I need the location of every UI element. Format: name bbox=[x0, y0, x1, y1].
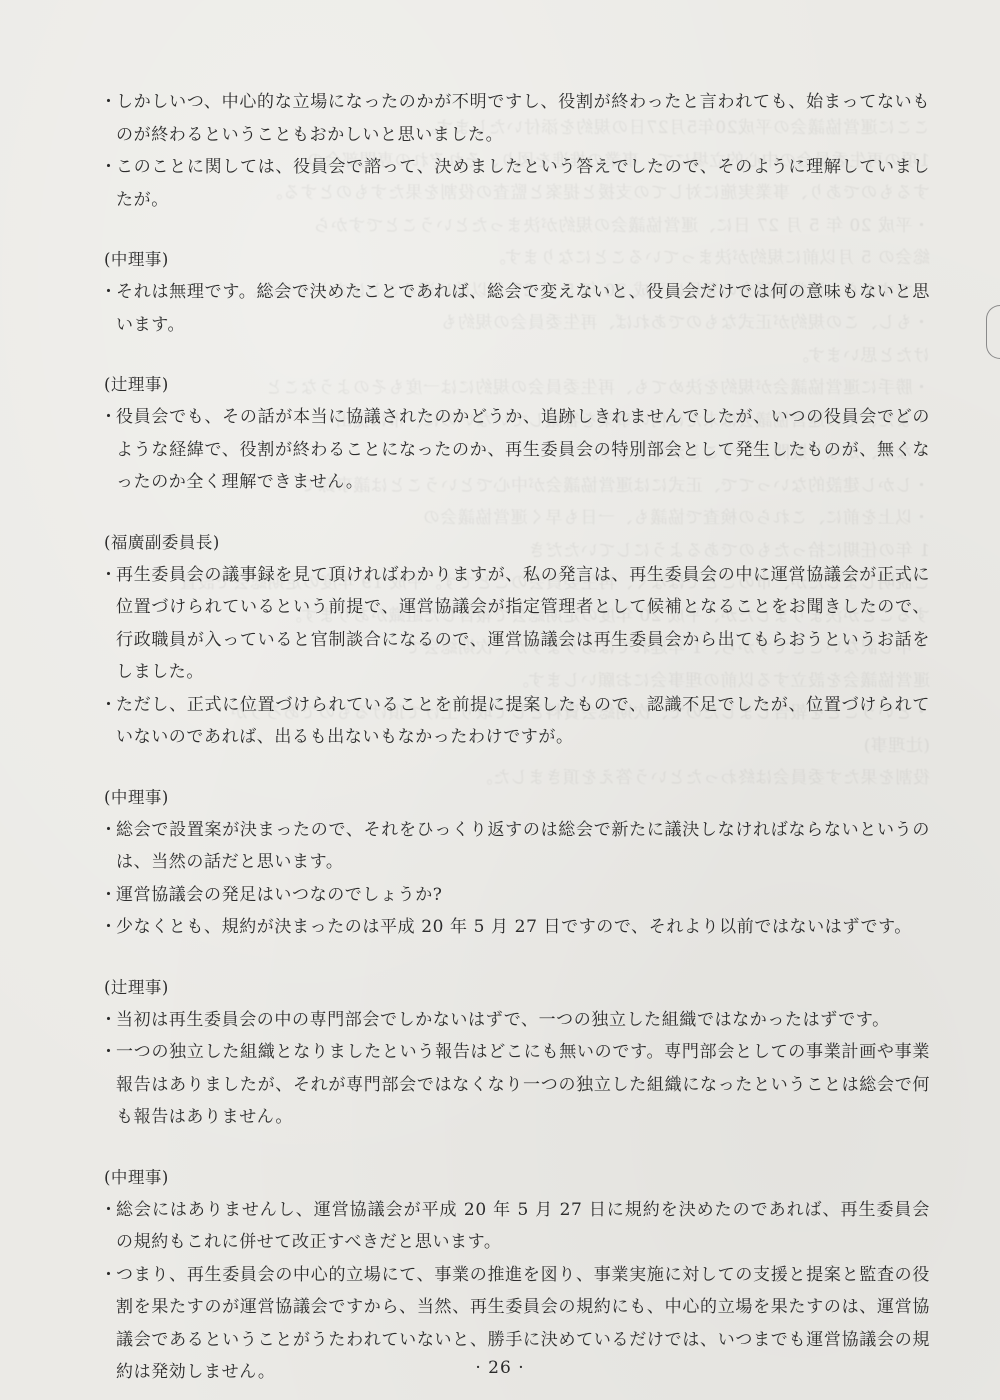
list-item: ・ 総会で設置案が決まったので、それをひっくり返すのは総会で新たに議決しなければ… bbox=[100, 814, 930, 879]
minutes-body: ・ しかしいつ、中心的な立場になったのかが不明ですし、役割が終わったと言われても… bbox=[100, 86, 930, 1389]
statement-text: 少なくとも、規約が決まったのは平成 20 年 5 月 27 日ですので、それより… bbox=[116, 911, 930, 944]
statement-text: 再生委員会の議事録を見て頂ければわかりますが、私の発言は、再生委員会の中に運営協… bbox=[116, 559, 930, 689]
minutes-section: (中理事) ・ 総会にはありませんし、運営協議会が平成 20 年 5 月 27 … bbox=[100, 1162, 930, 1389]
list-item: ・ 一つの独立した組織となりましたという報告はどこにも無いのです。専門部会として… bbox=[100, 1036, 930, 1134]
list-item: ・ ただし、正式に位置づけられていることを前提に提案したもので、認識不足でしたが… bbox=[100, 689, 930, 754]
statement-text: このことに関しては、役員会で諮って、決めましたという答えでしたので、そのように理… bbox=[116, 151, 930, 216]
list-item: ・ 総会にはありませんし、運営協議会が平成 20 年 5 月 27 日に規約を決… bbox=[100, 1194, 930, 1259]
page-number: · 26 · bbox=[0, 1358, 1000, 1378]
statement-text: 総会にはありませんし、運営協議会が平成 20 年 5 月 27 日に規約を決めた… bbox=[116, 1194, 930, 1259]
statement-text: 一つの独立した組織となりましたという報告はどこにも無いのです。専門部会としての事… bbox=[116, 1036, 930, 1134]
minutes-section: ・ しかしいつ、中心的な立場になったのかが不明ですし、役割が終わったと言われても… bbox=[100, 86, 930, 216]
speaker-label: (中理事) bbox=[100, 782, 930, 814]
statement-text: 総会で設置案が決まったので、それをひっくり返すのは総会で新たに議決しなければなら… bbox=[116, 814, 930, 879]
binding-mark bbox=[986, 305, 1000, 359]
statement-text: それは無理です。総会で決めたことであれば、総会で変えないと、役員会だけでは何の意… bbox=[116, 276, 930, 341]
speaker-label: (福廣副委員長) bbox=[100, 527, 930, 559]
minutes-section: (中理事) ・ 総会で設置案が決まったので、それをひっくり返すのは総会で新たに議… bbox=[100, 782, 930, 944]
bullet-marker: ・ bbox=[100, 814, 116, 879]
bullet-marker: ・ bbox=[100, 86, 116, 151]
bullet-marker: ・ bbox=[100, 879, 116, 912]
list-item: ・ このことに関しては、役員会で諮って、決めましたという答えでしたので、そのよう… bbox=[100, 151, 930, 216]
list-item: ・ 役員会でも、その話が本当に協議されたのかどうか、追跡しきれませんでしたが、い… bbox=[100, 401, 930, 499]
statement-text: しかしいつ、中心的な立場になったのかが不明ですし、役割が終わったと言われても、始… bbox=[116, 86, 930, 151]
list-item: ・ 少なくとも、規約が決まったのは平成 20 年 5 月 27 日ですので、それ… bbox=[100, 911, 930, 944]
bullet-marker: ・ bbox=[100, 401, 116, 499]
minutes-section: (福廣副委員長) ・ 再生委員会の議事録を見て頂ければわかりますが、私の発言は、… bbox=[100, 527, 930, 754]
statement-text: ただし、正式に位置づけられていることを前提に提案したもので、認識不足でしたが、位… bbox=[116, 689, 930, 754]
list-item: ・ 運営協議会の発足はいつなのでしょうか? bbox=[100, 879, 930, 912]
statement-text: 当初は再生委員会の中の専門部会でしかないはずで、一つの独立した組織ではなかったは… bbox=[116, 1004, 930, 1037]
speaker-label: (中理事) bbox=[100, 244, 930, 276]
bullet-marker: ・ bbox=[100, 151, 116, 216]
minutes-section: (辻理事) ・ 役員会でも、その話が本当に協議されたのかどうか、追跡しきれません… bbox=[100, 369, 930, 499]
minutes-section: (中理事) ・ それは無理です。総会で決めたことであれば、総会で変えないと、役員… bbox=[100, 244, 930, 341]
statement-text: 役員会でも、その話が本当に協議されたのかどうか、追跡しきれませんでしたが、いつの… bbox=[116, 401, 930, 499]
bullet-marker: ・ bbox=[100, 911, 116, 944]
minutes-section: (辻理事) ・ 当初は再生委員会の中の専門部会でしかないはずで、一つの独立した組… bbox=[100, 972, 930, 1134]
list-item: ・ 再生委員会の議事録を見て頂ければわかりますが、私の発言は、再生委員会の中に運… bbox=[100, 559, 930, 689]
list-item: ・ 当初は再生委員会の中の専門部会でしかないはずで、一つの独立した組織ではなかっ… bbox=[100, 1004, 930, 1037]
statement-text: 運営協議会の発足はいつなのでしょうか? bbox=[116, 879, 930, 912]
speaker-label: (辻理事) bbox=[100, 369, 930, 401]
bullet-marker: ・ bbox=[100, 1036, 116, 1134]
bullet-marker: ・ bbox=[100, 1194, 116, 1259]
list-item: ・ しかしいつ、中心的な立場になったのかが不明ですし、役割が終わったと言われても… bbox=[100, 86, 930, 151]
bullet-marker: ・ bbox=[100, 1004, 116, 1037]
bullet-marker: ・ bbox=[100, 559, 116, 689]
speaker-label: (辻理事) bbox=[100, 972, 930, 1004]
bullet-marker: ・ bbox=[100, 689, 116, 754]
speaker-label: (中理事) bbox=[100, 1162, 930, 1194]
list-item: ・ それは無理です。総会で決めたことであれば、総会で変えないと、役員会だけでは何… bbox=[100, 276, 930, 341]
bullet-marker: ・ bbox=[100, 276, 116, 341]
